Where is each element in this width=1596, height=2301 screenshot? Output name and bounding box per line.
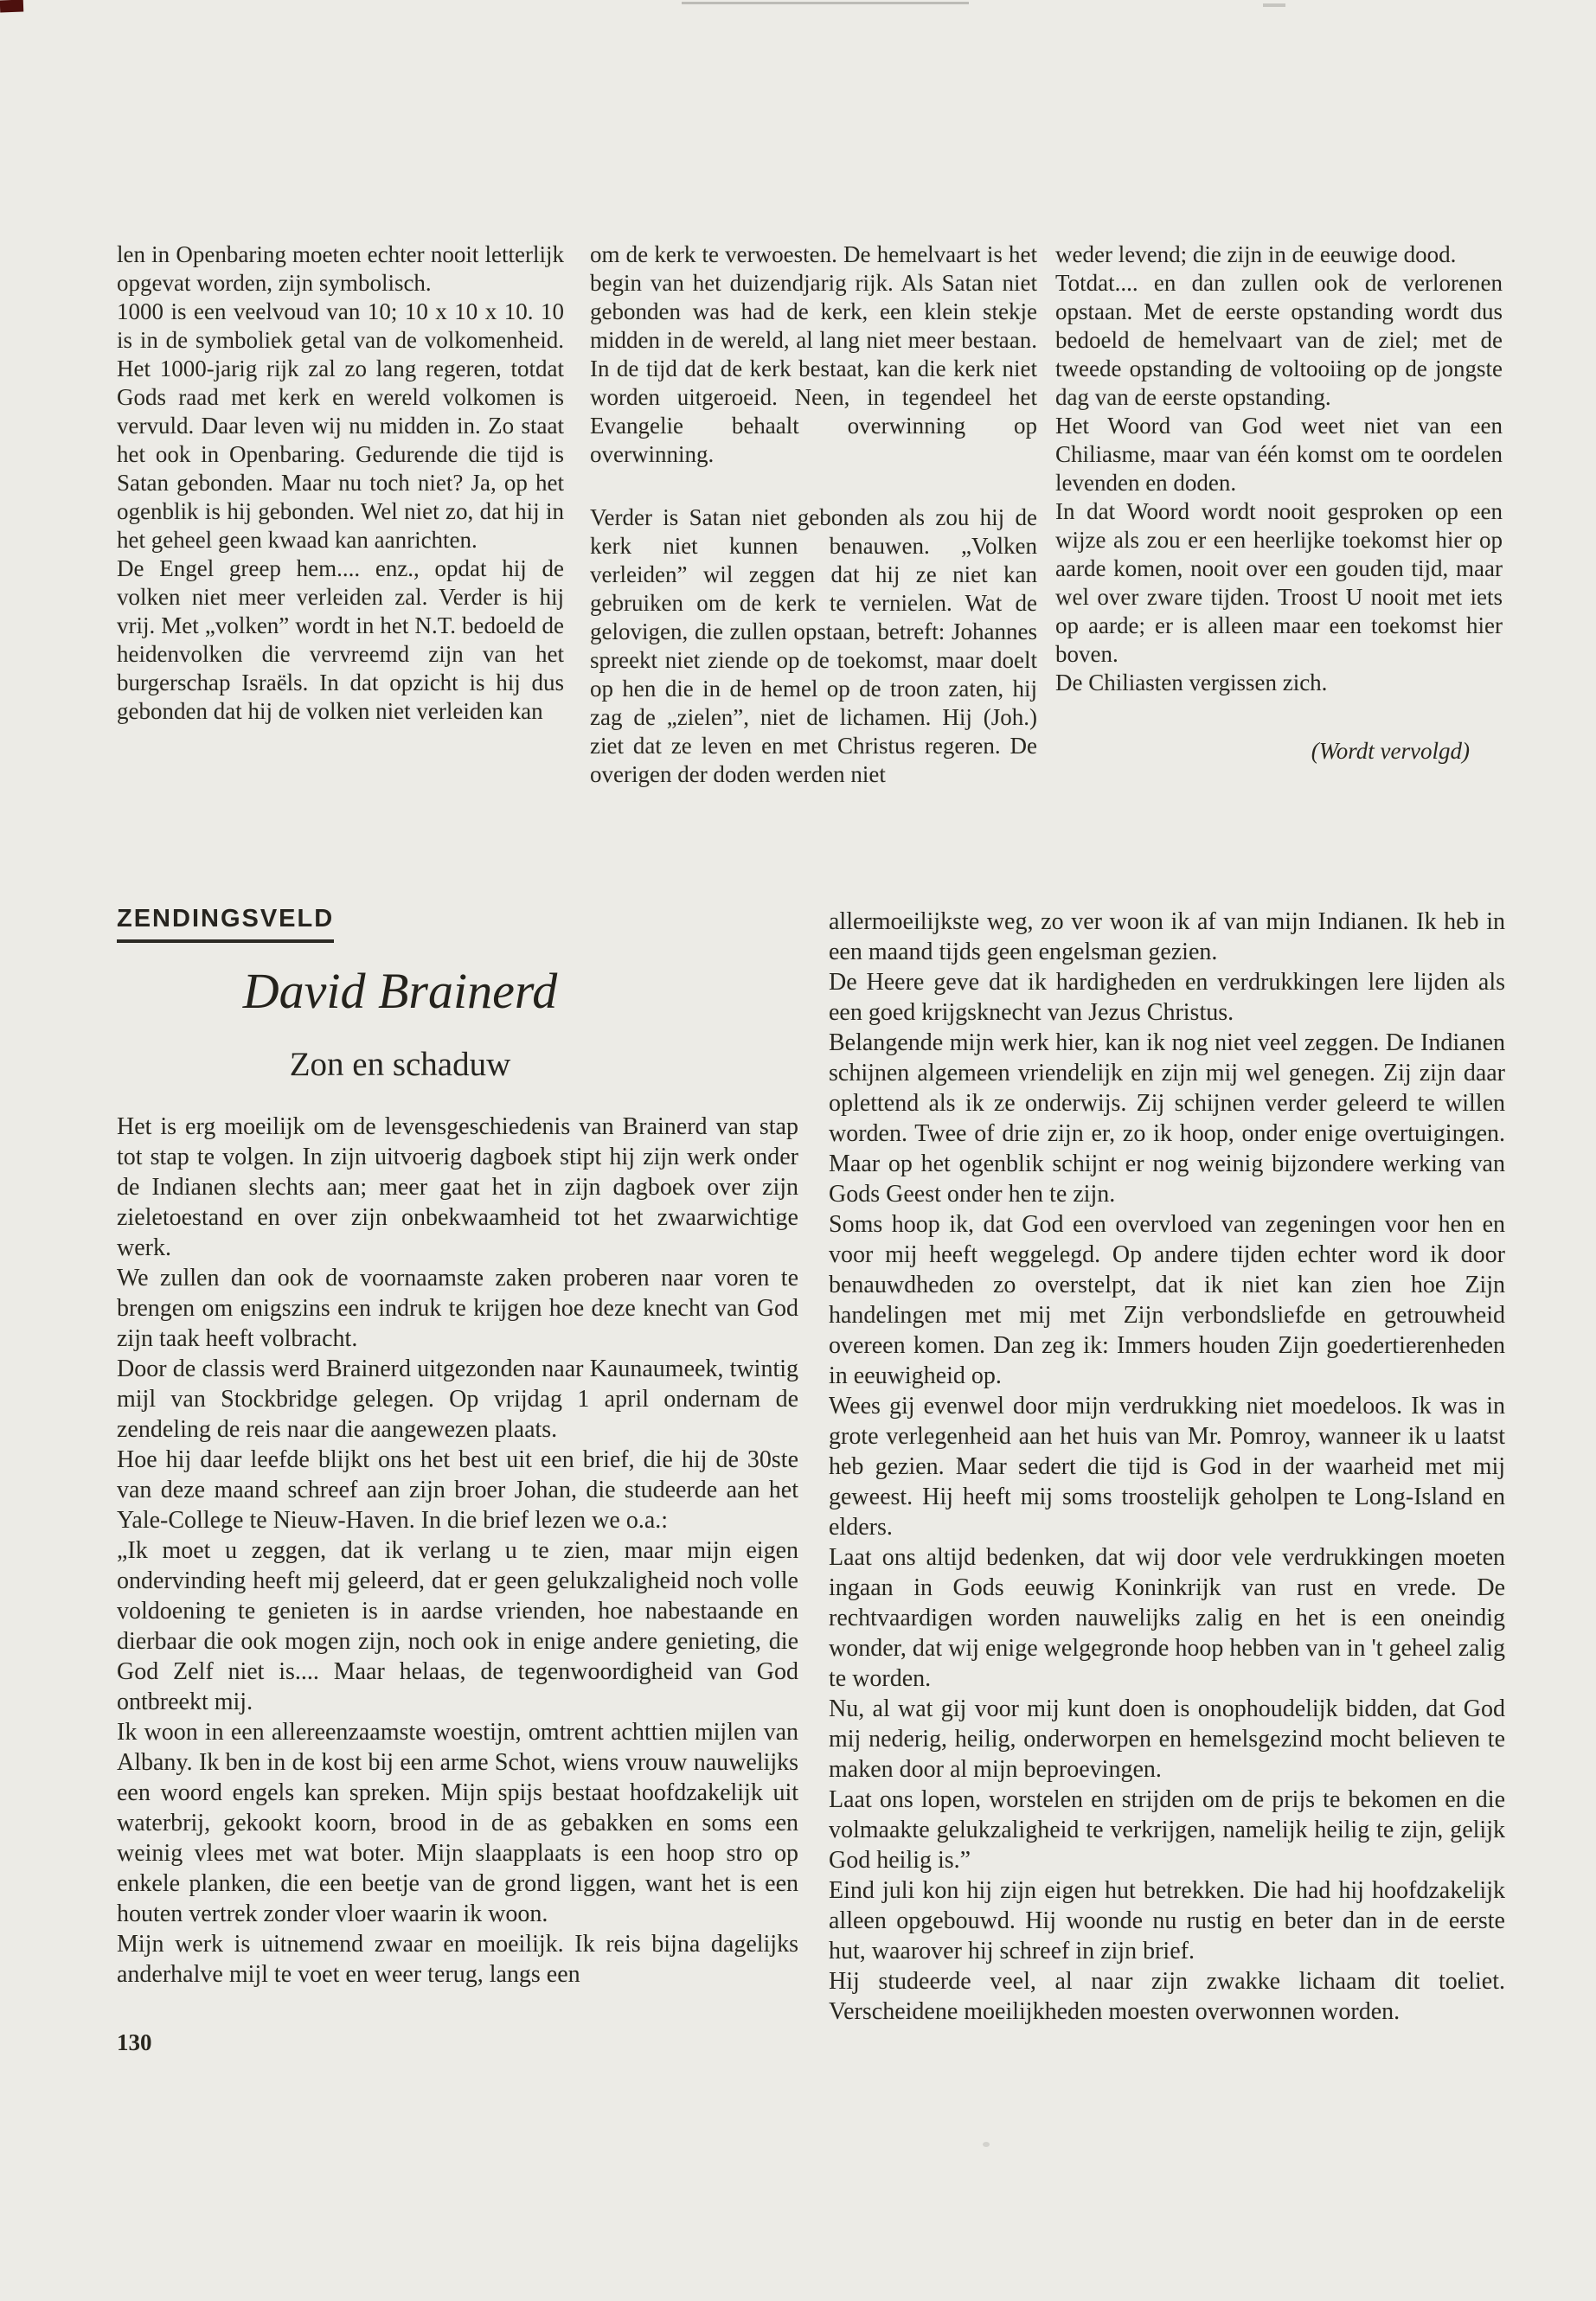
paragraph: Belangende mijn werk hier, kan ik nog ni… [829, 1028, 1505, 1209]
paragraph: Laat ons altijd bedenken, dat wij door v… [829, 1542, 1505, 1694]
page-number: 130 [117, 2029, 152, 2056]
paragraph: Wees gij evenwel door mijn verdrukking n… [829, 1391, 1505, 1542]
scan-artifact-top-dot [1263, 3, 1285, 7]
bottom-article-column-left: Het is erg moeilijk om de levensgeschied… [117, 1112, 798, 1990]
paragraph: Verder is Satan niet gebonden als zou hi… [590, 503, 1037, 789]
scan-artifact-red-corner [0, 0, 23, 12]
paragraph: 1000 is een veelvoud van 10; 10 x 10 x 1… [117, 298, 564, 554]
paragraph: We zullen dan ook de voornaamste zaken p… [117, 1263, 798, 1354]
paragraph: Mijn werk is uitnemend zwaar en moeilijk… [117, 1929, 798, 1990]
paragraph: In dat Woord wordt nooit gesproken op ee… [1055, 497, 1503, 669]
paragraph: Laat ons lopen, worstelen en strijden om… [829, 1785, 1505, 1875]
article-title: David Brainerd [117, 962, 683, 1020]
top-article-column-2: om de kerk te verwoesten. De hemelvaart … [590, 240, 1037, 789]
top-article-column-1: len in Openbaring moeten echter nooit le… [117, 240, 564, 726]
scan-artifact-top-line [682, 2, 969, 4]
paragraph: weder levend; die zijn in de eeuwige doo… [1055, 240, 1503, 269]
top-article-column-3: weder levend; die zijn in de eeuwige doo… [1055, 240, 1503, 766]
bottom-article-column-right: allermoeilijkste weg, zo ver woon ik af … [829, 907, 1505, 2027]
paragraph: Door de classis werd Brainerd uitgezonde… [117, 1354, 798, 1445]
paragraph: Eind juli kon hij zijn eigen hut betrekk… [829, 1875, 1505, 1966]
paragraph: allermoeilijkste weg, zo ver woon ik af … [829, 907, 1505, 967]
paragraph: Totdat.... en dan zullen ook de verloren… [1055, 269, 1503, 412]
paragraph: Hij studeerde veel, al naar zijn zwakke … [829, 1966, 1505, 2027]
scanned-magazine-page: len in Openbaring moeten echter nooit le… [0, 0, 1596, 2301]
article-subtitle: Zon en schaduw [117, 1045, 683, 1084]
paragraph: Soms hoop ik, dat God een overvloed van … [829, 1209, 1505, 1391]
paragraph: Het Woord van God weet niet van een Chil… [1055, 412, 1503, 497]
paragraph: Hoe hij daar leefde blijkt ons het best … [117, 1445, 798, 1535]
paragraph: De Heere geve dat ik hardigheden en verd… [829, 967, 1505, 1028]
section-label: ZENDINGSVELD [117, 905, 334, 943]
paragraph: De Chiliasten vergissen zich. [1055, 669, 1503, 697]
paragraph: len in Openbaring moeten echter nooit le… [117, 240, 564, 298]
paragraph: De Engel greep hem.... enz., opdat hij d… [117, 554, 564, 726]
paragraph: Nu, al wat gij voor mij kunt doen is ono… [829, 1694, 1505, 1785]
paragraph: Ik woon in een allereenzaamste woestijn,… [117, 1717, 798, 1929]
scan-artifact-speck [983, 2142, 990, 2147]
paragraph: om de kerk te verwoesten. De hemelvaart … [590, 240, 1037, 469]
continuation-note: (Wordt vervolgd) [1055, 737, 1503, 766]
paragraph: Het is erg moeilijk om de levensgeschied… [117, 1112, 798, 1263]
paragraph: „Ik moet u zeggen, dat ik verlang u te z… [117, 1535, 798, 1717]
